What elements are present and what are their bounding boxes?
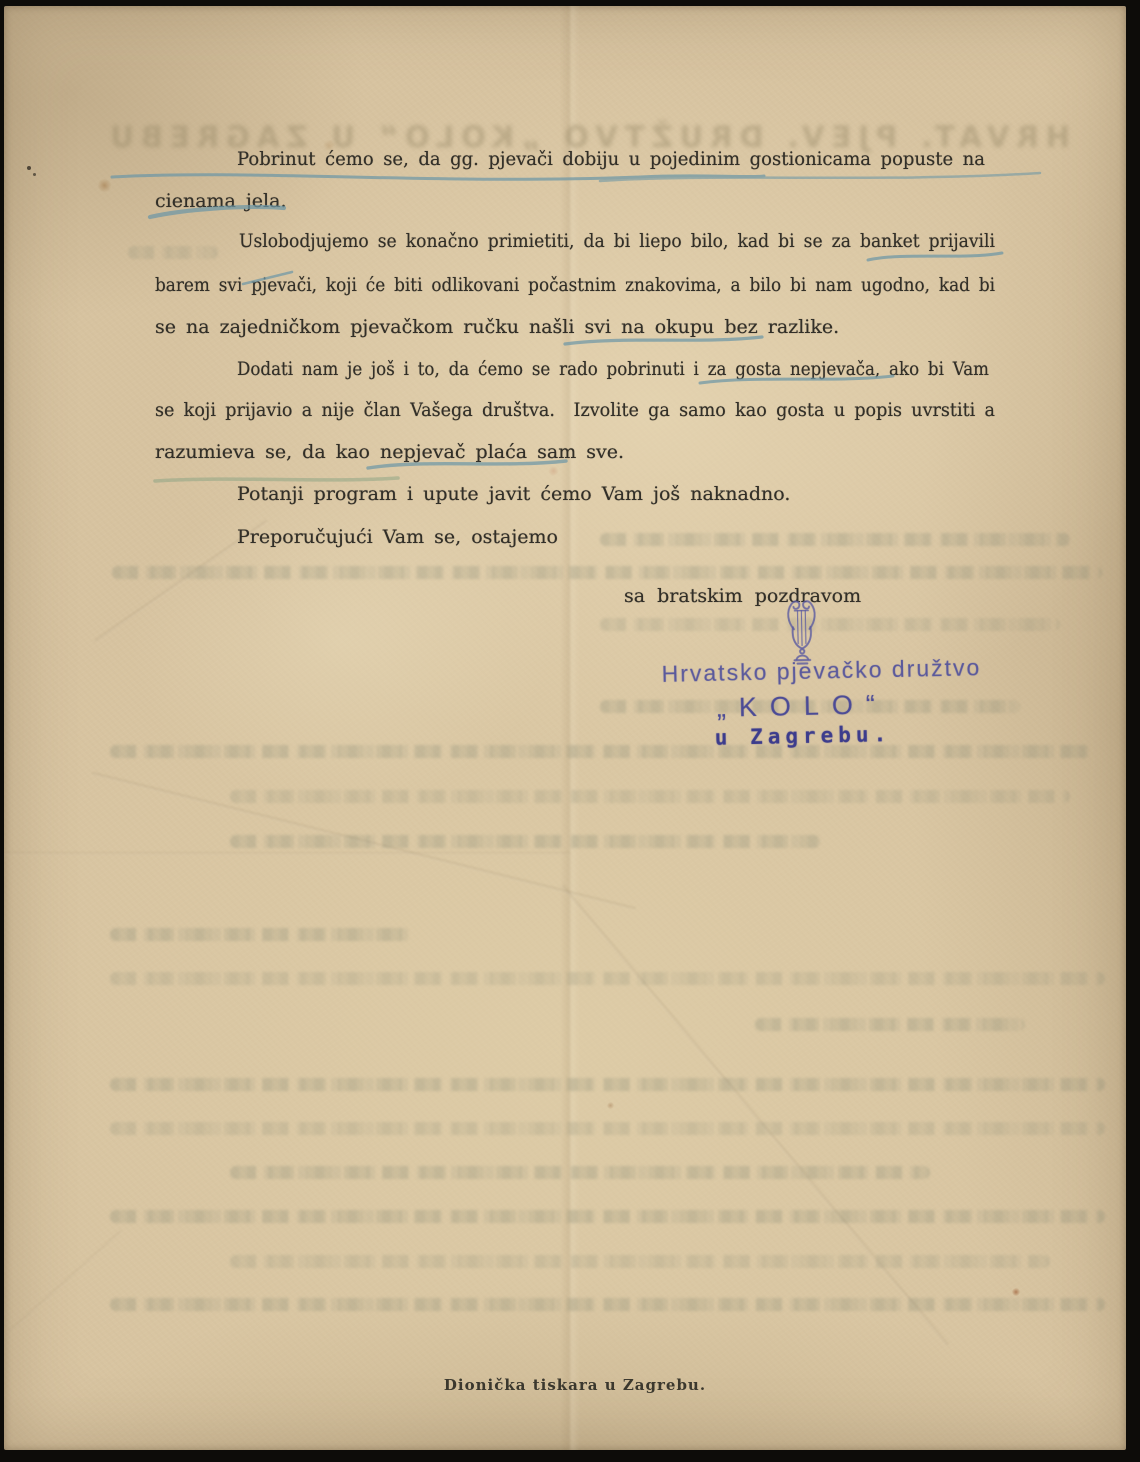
paper-sheet: HRVAT. PJEV. DRUŽTVO „KOLO“ U ZAGREBU Po… [4, 6, 1126, 1450]
scanned-letter-page: { "page": { "paper_color": "#d7c3a0", "i… [0, 0, 1140, 1462]
pencil-annotations [4, 6, 1126, 1450]
pencil-mark [243, 272, 292, 284]
bleedthrough-underline [155, 478, 398, 481]
pencil-underline [868, 253, 1002, 260]
pencil-underline [150, 207, 284, 217]
pencil-underline [368, 461, 566, 468]
lyre-icon [776, 597, 827, 666]
pencil-underline [700, 376, 893, 383]
pencil-underline [565, 337, 762, 344]
stamp-society-name: „KOLO“ [662, 688, 943, 725]
